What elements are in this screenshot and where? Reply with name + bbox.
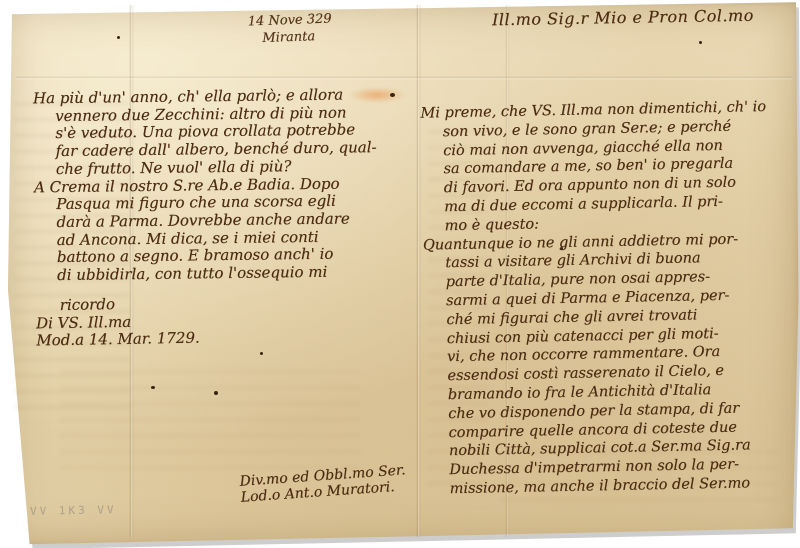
ink-speck (699, 41, 702, 44)
ink-speck (214, 391, 218, 395)
shelfmark: VV 1K3 VV (30, 503, 117, 518)
left-page-body: Ha più d'un' anno, ch' ella parlò; e all… (33, 86, 415, 285)
fold-crease (16, 76, 792, 80)
show-through (60, 360, 360, 470)
archival-annotation: 14 Nove 329 Miranta (247, 11, 332, 48)
signoff-dateline: ricordo Di VS. Ill.ma Mod.a 14. Mar. 172… (36, 295, 200, 350)
right-page-body: Mi preme, che VS. Ill.ma non dimentichi,… (420, 97, 800, 499)
ink-speck (117, 36, 120, 39)
letter-scan: 14 Nove 329 Miranta Ill.mo Sig.r Mio e P… (0, 0, 800, 548)
dateline: Mod.a 14. Mar. 1729. (36, 330, 200, 350)
annotation-line: 14 Nove 329 (247, 11, 331, 31)
annotation-line: Miranta (262, 28, 332, 47)
ink-speck (151, 386, 155, 389)
ink-speck (260, 352, 263, 355)
center-fold-crease (416, 5, 421, 537)
